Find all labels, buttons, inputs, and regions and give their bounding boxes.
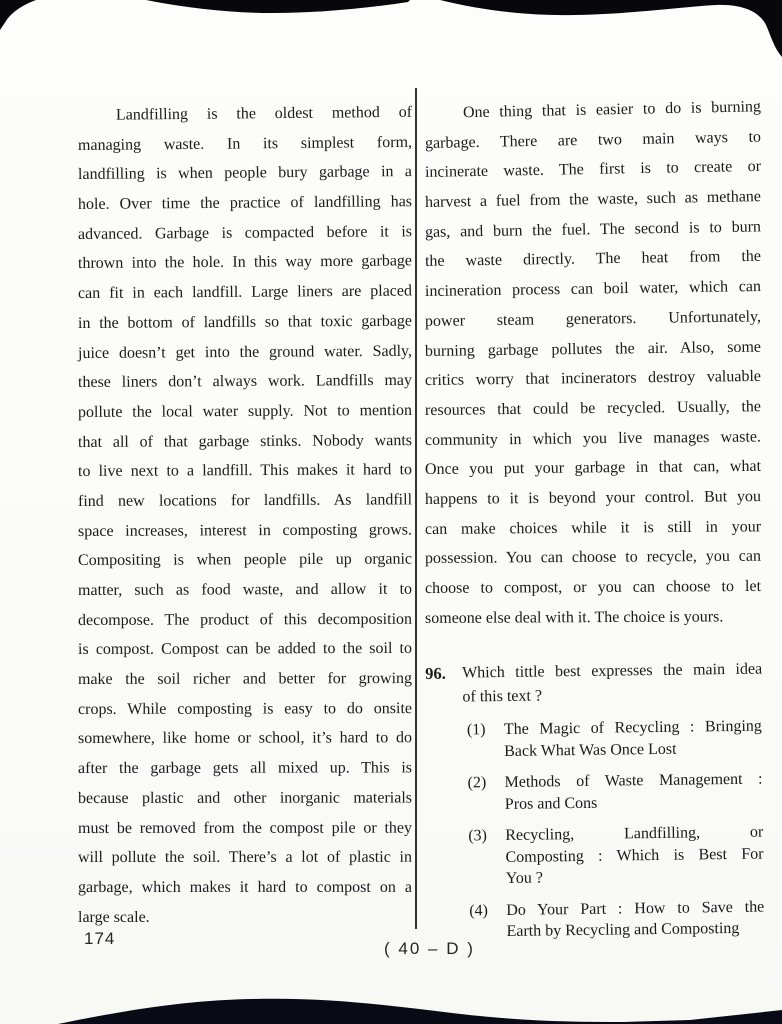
text-line: that all of that garbage stinks. Nobody … <box>78 426 412 458</box>
text-line: somewhere, like home or school, it’s har… <box>78 724 412 754</box>
text-line: incineration process can boil water, whi… <box>425 272 761 307</box>
text-line: Compositing is when people pile up organ… <box>78 545 412 576</box>
text-line: to live next to a landfill. This makes i… <box>78 455 412 486</box>
text-line: choose to compost, or you can choose to … <box>425 572 761 604</box>
text-line: pollute the local water supply. Not to m… <box>78 396 412 428</box>
text-line: Landfilling is the oldest method of <box>78 98 412 131</box>
text-line: Recycling, Landfilling, or <box>505 822 763 847</box>
text-line: Back What Was Once Lost <box>504 737 762 762</box>
option-marker: (1) <box>467 719 505 762</box>
text-line: Earth by Recycling and Composting <box>506 918 764 943</box>
text-line: Methods of Waste Management : <box>504 769 762 794</box>
text-line: happens to it is beyond your control. Bu… <box>425 482 761 515</box>
text-line: large scale. <box>78 903 412 933</box>
text-line: make the soil richer and better for grow… <box>78 664 412 695</box>
answer-option: (1)The Magic of Recycling : BringingBack… <box>467 716 764 763</box>
text-line: You ? <box>506 865 764 890</box>
option-text: Recycling, Landfilling, orComposting : W… <box>505 822 764 890</box>
passage-right-column: One thing that is easier to do is burnin… <box>425 99 761 633</box>
page-number: 174 <box>84 929 115 949</box>
text-line: power steam generators. Unfortunately, <box>425 302 761 336</box>
text-line: critics worry that incinerators destroy … <box>425 362 761 396</box>
scanned-exam-page: Landfilling is the oldest method ofmanag… <box>0 0 782 1024</box>
text-line: someone else deal with it. The choice is… <box>425 602 761 633</box>
option-marker: (2) <box>467 772 505 815</box>
scan-artifact-top-edge <box>0 0 782 64</box>
text-line: garbage, which makes it hard to compost … <box>78 873 412 903</box>
text-line: space increases, interest in composting … <box>78 515 412 546</box>
question-text: Which tittle best expresses the main ide… <box>462 658 763 710</box>
text-line: after the garbage gets all mixed up. Thi… <box>78 753 412 783</box>
answer-option: (4)Do Your Part : How to Save theEarth b… <box>469 896 766 943</box>
column-divider-rule <box>415 88 417 929</box>
text-line: because plastic and other inorganic mate… <box>78 783 412 813</box>
text-line: of this text ? <box>462 682 762 710</box>
text-line: community in which you live manages wast… <box>425 422 761 455</box>
text-line: matter, such as food waste, and allow it… <box>78 575 412 606</box>
text-line: will pollute the soil. There’s a lot of … <box>78 843 412 873</box>
option-text: Do Your Part : How to Save theEarth by R… <box>506 896 765 942</box>
text-line: must be removed from the compost pile or… <box>78 813 412 843</box>
text-line: landfilling is when people bury garbage … <box>78 157 412 190</box>
scan-artifact-bottom-edge <box>0 980 782 1024</box>
text-line: these liners don’t always work. Landfill… <box>78 366 412 398</box>
text-line: Once you put your garbage in that can, w… <box>425 452 761 485</box>
option-marker: (4) <box>469 899 507 942</box>
text-line: advanced. Garbage is compacted before it… <box>78 217 412 249</box>
text-line: is compost. Compost can be added to the … <box>78 634 412 665</box>
text-line: Which tittle best expresses the main ide… <box>462 658 762 686</box>
option-marker: (3) <box>468 825 506 890</box>
text-line: can fit in each landfill. Large liners a… <box>78 277 412 309</box>
option-text: Methods of Waste Management :Pros and Co… <box>504 769 763 815</box>
answer-options: (1)The Magic of Recycling : BringingBack… <box>467 716 766 943</box>
text-line: Pros and Cons <box>505 790 763 815</box>
text-line: thrown into the hole. In this way more g… <box>78 247 412 279</box>
text-line: The Magic of Recycling : Bringing <box>504 716 762 741</box>
text-line: juice doesn’t get into the ground water.… <box>78 336 412 368</box>
text-line: Composting : Which is Best For <box>505 843 763 868</box>
text-line: in the bottom of landfills so that toxic… <box>78 306 412 338</box>
text-line: find new locations for landfills. As lan… <box>78 485 412 516</box>
text-line: decompose. The product of this decomposi… <box>78 604 412 635</box>
answer-option: (2)Methods of Waste Management :Pros and… <box>467 769 764 816</box>
text-line: possession. You can choose to recycle, y… <box>425 542 761 574</box>
text-line: hole. Over time the practice of landfill… <box>78 187 412 220</box>
text-line: managing waste. In its simplest form, <box>78 128 412 161</box>
question-96-block: 96. Which tittle best expresses the main… <box>425 658 766 944</box>
passage-left-column: Landfilling is the oldest method ofmanag… <box>78 101 412 932</box>
booklet-code-label: ( 40 – D ) <box>384 939 475 959</box>
option-text: The Magic of Recycling : BringingBack Wh… <box>504 716 763 762</box>
answer-option: (3)Recycling, Landfilling, orComposting … <box>468 822 765 890</box>
text-line: crops. While composting is easy to do on… <box>78 694 412 725</box>
question-header: 96. Which tittle best expresses the main… <box>425 658 763 710</box>
question-number: 96. <box>425 662 463 710</box>
text-line: can make choices while it is still in yo… <box>425 512 761 544</box>
text-line: resources that could be recycled. Usuall… <box>425 392 761 425</box>
text-line: burning garbage pollutes the air. Also, … <box>425 332 761 366</box>
